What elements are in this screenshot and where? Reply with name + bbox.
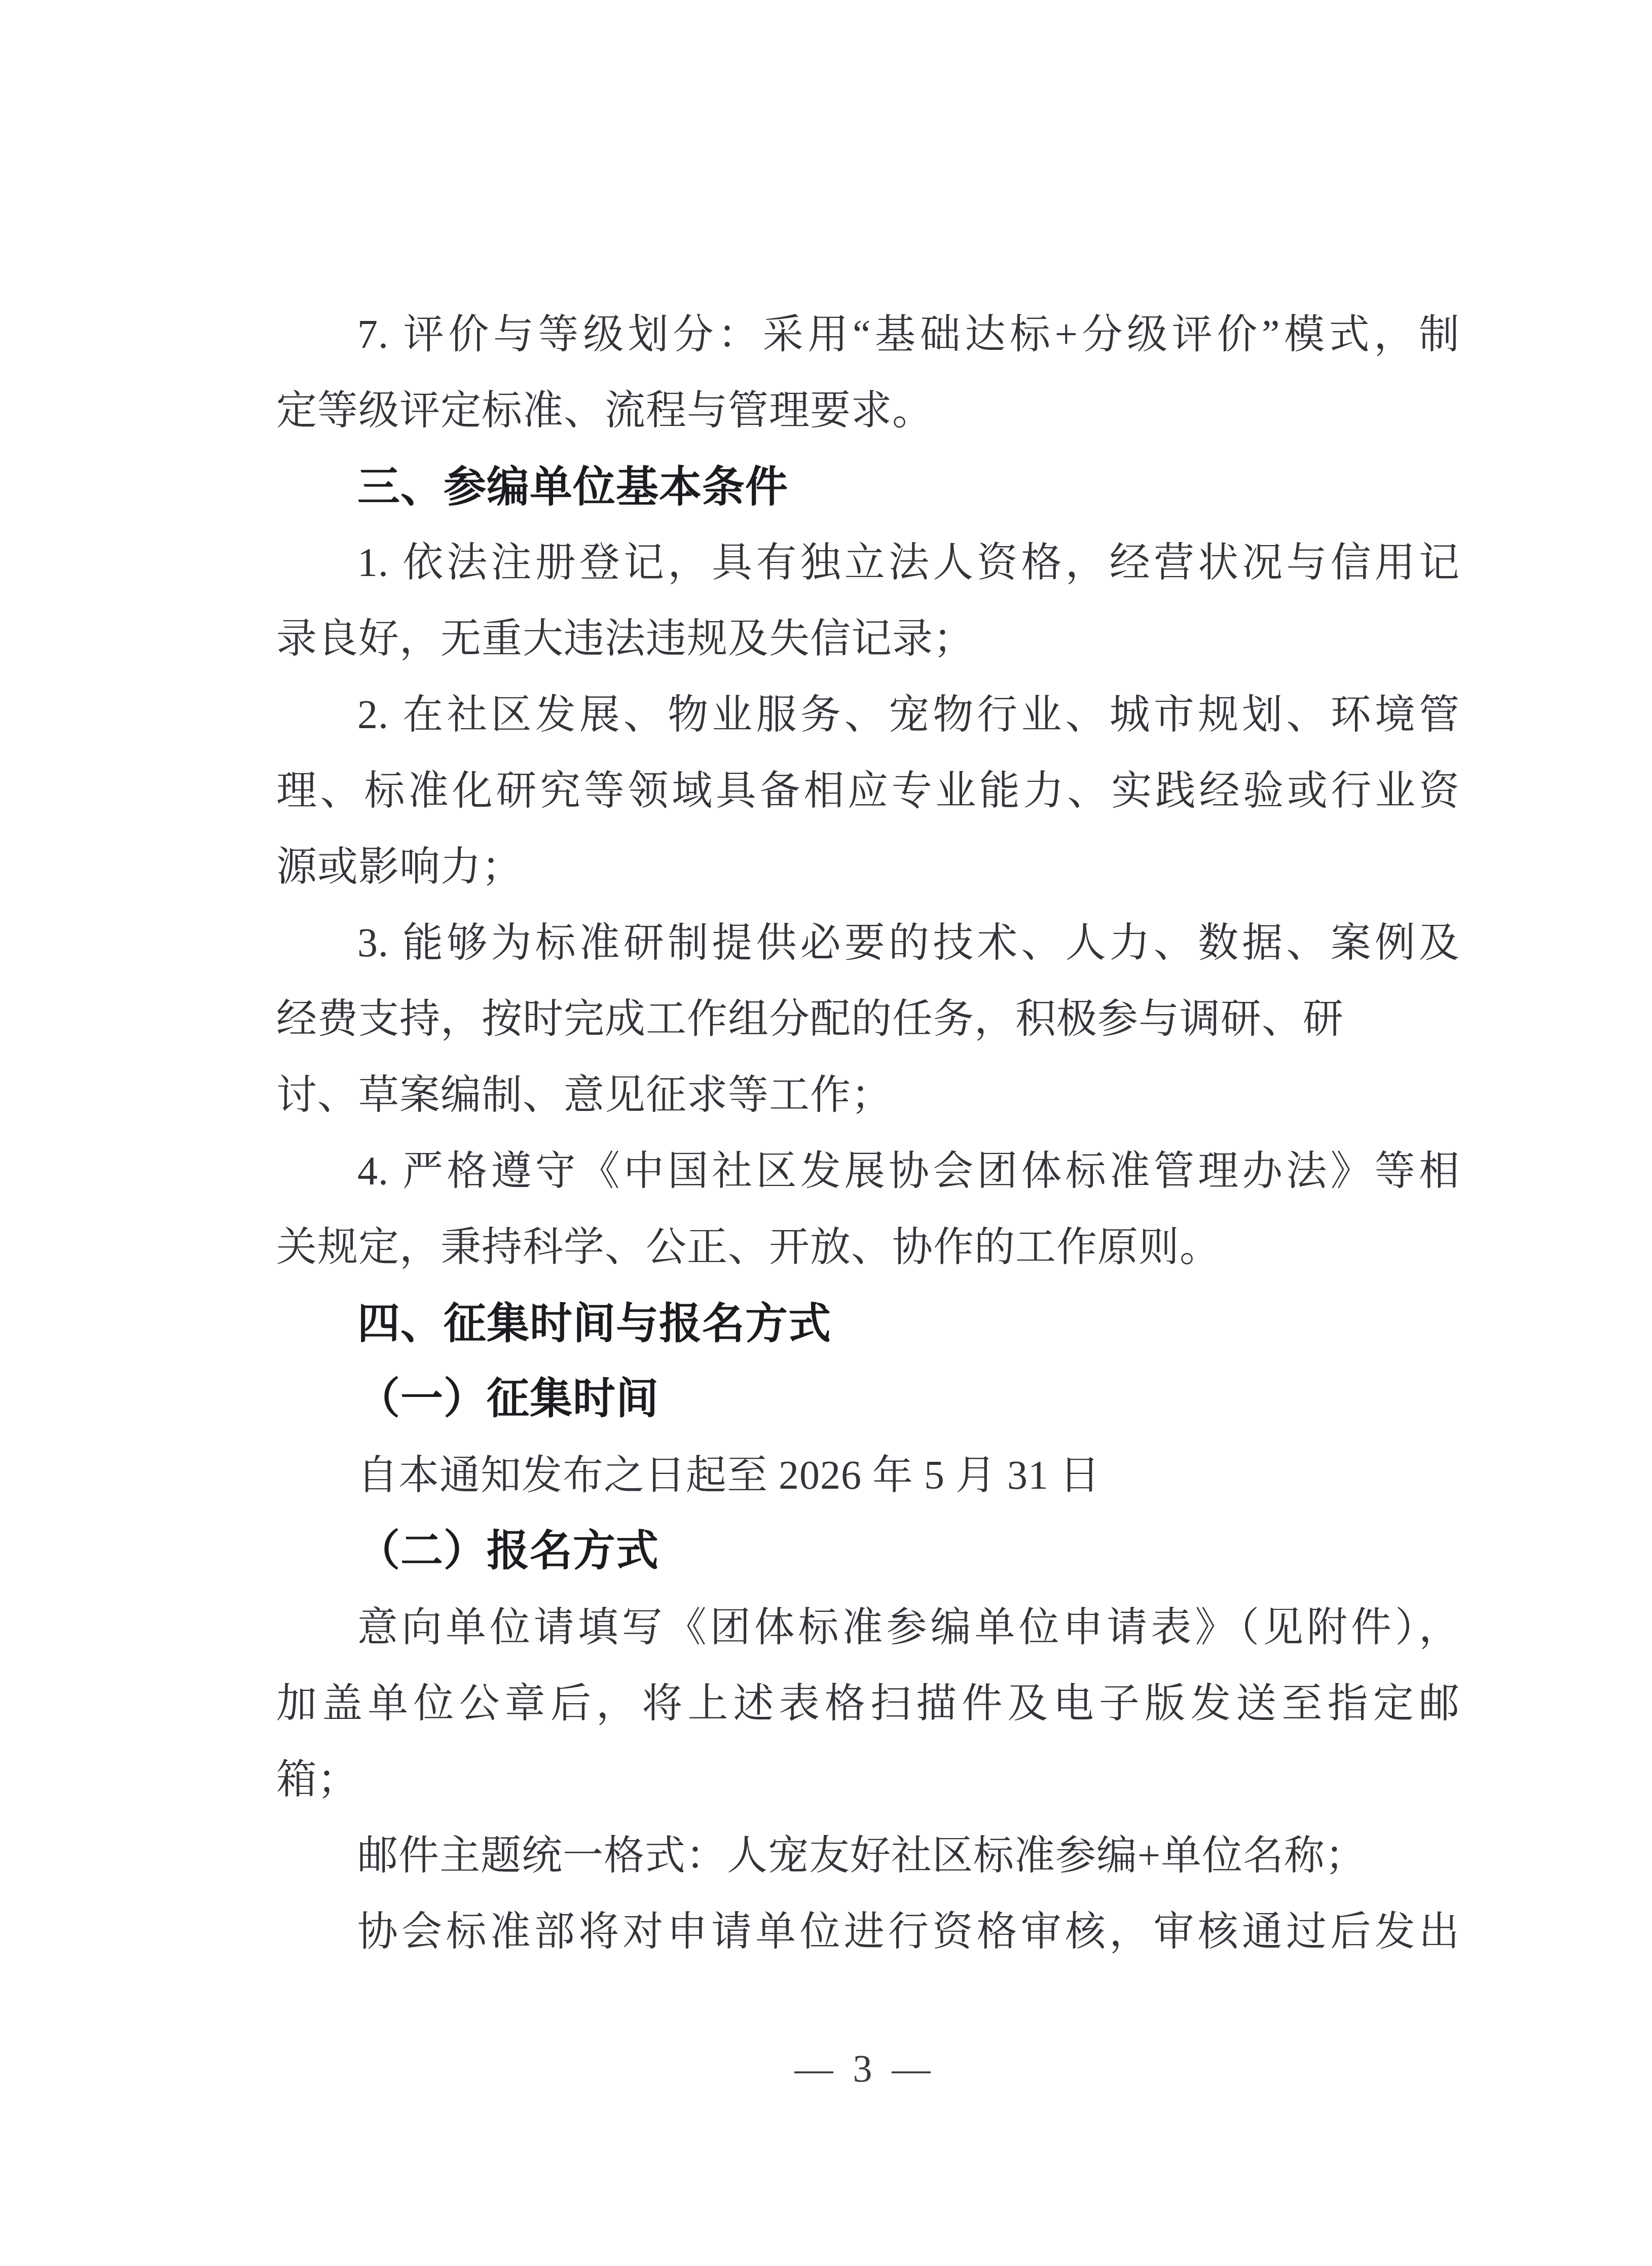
body-line: 源或影响力； bbox=[276, 829, 1460, 905]
body-line: 关规定，秉持科学、公正、开放、协作的工作原则。 bbox=[276, 1209, 1460, 1285]
section-heading: 四、征集时间与报名方式 bbox=[276, 1285, 1460, 1361]
body-line: 理、标准化研究等领域具备相应专业能力、实践经验或行业资 bbox=[276, 753, 1460, 829]
document-page: 7. 评价与等级划分：采用“基础达标+分级评价”模式，制 定等级评定标准、流程与… bbox=[0, 0, 1652, 2266]
body-line: 4. 严格遵守《中国社区发展协会团体标准管理办法》等相 bbox=[276, 1133, 1460, 1209]
body-line: 2. 在社区发展、物业服务、宠物行业、城市规划、环境管 bbox=[276, 677, 1460, 753]
body-line: 3. 能够为标准研制提供必要的技术、人力、数据、案例及 bbox=[276, 905, 1460, 981]
body-line: 意向单位请填写《团体标准参编单位申请表》（见附件）， bbox=[276, 1590, 1460, 1666]
sub-heading: （一）征集时间 bbox=[276, 1361, 1460, 1437]
section-heading: 三、参编单位基本条件 bbox=[276, 449, 1460, 525]
page-number: — 3 — bbox=[39, 2031, 1652, 2107]
document-body: 7. 评价与等级划分：采用“基础达标+分级评价”模式，制 定等级评定标准、流程与… bbox=[276, 297, 1460, 1970]
body-line: 经费支持，按时完成工作组分配的任务，积极参与调研、研 bbox=[276, 981, 1460, 1057]
body-line: 1. 依法注册登记，具有独立法人资格，经营状况与信用记 bbox=[276, 525, 1460, 601]
body-line: 定等级评定标准、流程与管理要求。 bbox=[276, 373, 1460, 449]
body-line: 自本通知发布之日起至 2026 年 5 月 31 日 bbox=[276, 1437, 1460, 1514]
body-line: 加盖单位公章后，将上述表格扫描件及电子版发送至指定邮 bbox=[276, 1666, 1460, 1742]
body-line: 7. 评价与等级划分：采用“基础达标+分级评价”模式，制 bbox=[276, 297, 1460, 373]
body-line: 箱； bbox=[276, 1742, 1460, 1818]
body-line: 协会标准部将对申请单位进行资格审核，审核通过后发出 bbox=[276, 1894, 1460, 1970]
body-line: 录良好，无重大违法违规及失信记录； bbox=[276, 601, 1460, 677]
body-line: 讨、草案编制、意见征求等工作； bbox=[276, 1057, 1460, 1133]
body-line: 邮件主题统一格式：人宠友好社区标准参编+单位名称； bbox=[276, 1818, 1460, 1894]
sub-heading: （二）报名方式 bbox=[276, 1514, 1460, 1590]
